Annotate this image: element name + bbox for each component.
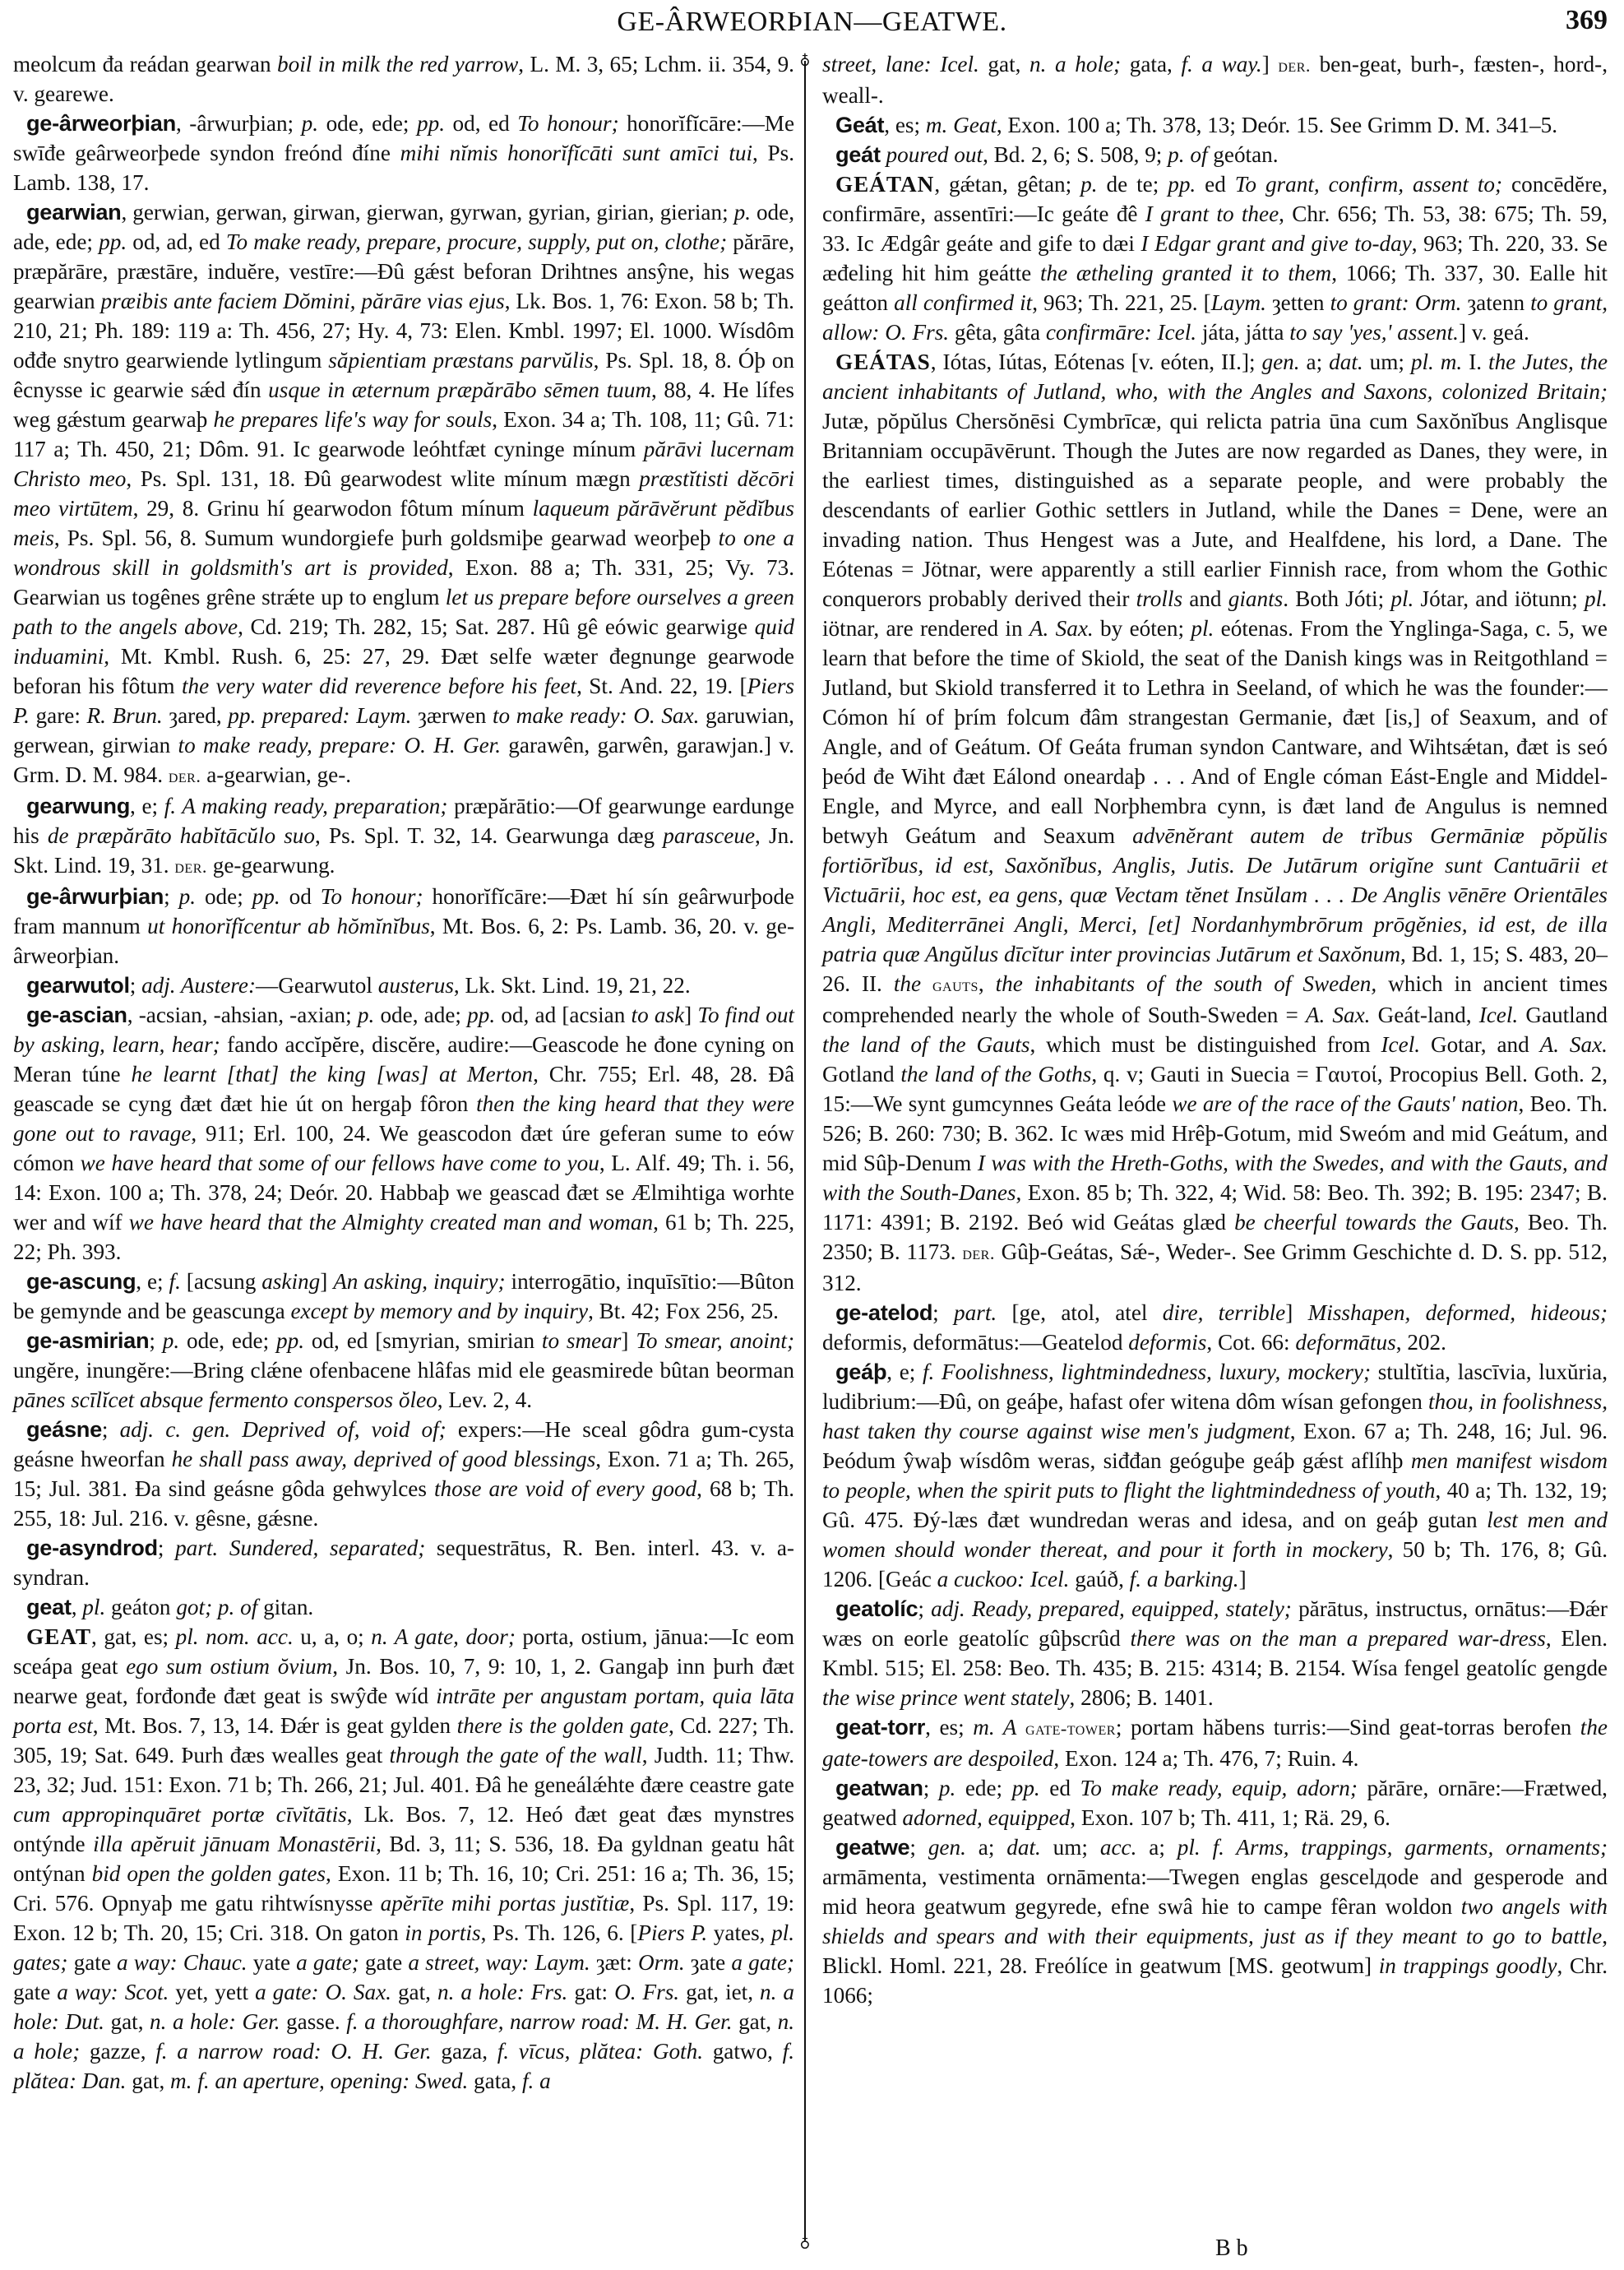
- italic-gloss: pānes scīlĭcet absque fermento consperso…: [13, 1387, 437, 1412]
- dictionary-entry: Geát, es; m. Geat, Exon. 100 a; Th. 378,…: [822, 110, 1608, 140]
- dictionary-entry: geát poured out, Bd. 2, 6; S. 508, 9; p.…: [822, 140, 1608, 169]
- italic-gloss: bid open the golden gates: [92, 1861, 326, 1886]
- italic-gloss: p.: [1080, 172, 1097, 197]
- small-caps-label: der.: [169, 766, 201, 786]
- italic-gloss: ego sum ostium ŏvium: [126, 1654, 332, 1679]
- italic-gloss: to grant: Orm.: [1330, 290, 1462, 315]
- page-header: GE-ÂRWEORÞIAN—GEATWE. 369: [0, 0, 1624, 46]
- entry-text: a;: [1300, 350, 1330, 374]
- entry-text: [881, 142, 886, 167]
- entry-text: od, ed [smyrian, smirian: [304, 1328, 542, 1353]
- italic-gloss: p. of: [1168, 142, 1207, 167]
- dictionary-entry: gearwian, gerwian, gerwan, girwan, gierw…: [13, 197, 794, 791]
- headword: geat-torr: [835, 1714, 925, 1740]
- italic-gloss: a gate;: [296, 1950, 359, 1975]
- entry-text: , es;: [884, 113, 926, 137]
- italic-gloss: the ætheling granted it to them: [1040, 261, 1331, 285]
- headword: geatwan: [835, 1775, 923, 1800]
- italic-gloss: To make ready, equip, adorn;: [1080, 1776, 1358, 1800]
- entry-text: a;: [1136, 1835, 1177, 1860]
- entry-text: , which must be distinguished from: [1029, 1032, 1381, 1057]
- entry-text: ode;: [196, 884, 252, 909]
- italic-gloss: Icel.: [1479, 1003, 1519, 1027]
- italic-gloss: there is the golden gate: [457, 1713, 669, 1738]
- italic-gloss: dire, terrible: [1163, 1300, 1285, 1325]
- italic-gloss: n. a hole;: [1029, 52, 1121, 76]
- entry-text: gat,: [391, 1980, 437, 2004]
- entry-text: , -acsian, -ahsian, -axian;: [127, 1003, 358, 1027]
- headword: ge-asyndrod: [26, 1535, 158, 1560]
- italic-gloss: f. a narrow road: O. H. Ger.: [155, 2039, 432, 2064]
- italic-gloss: To smear, anoint;: [636, 1328, 794, 1353]
- entry-text: ]: [1285, 1300, 1307, 1325]
- entry-text: ode, ede;: [179, 1328, 276, 1353]
- entry-text: , e;: [130, 794, 164, 818]
- entry-text: , Ps. Th. 126, 6. [: [481, 1920, 638, 1945]
- entry-text: ; portam hăbens turris:—Sind geat-torras…: [1116, 1715, 1580, 1740]
- italic-gloss: Misshapen, deformed, hideous;: [1308, 1300, 1608, 1325]
- italic-gloss: he prepares life's way for souls: [214, 407, 493, 432]
- italic-gloss: dat.: [1329, 350, 1363, 374]
- entry-text: ,: [979, 971, 996, 996]
- small-caps-label: der.: [174, 856, 207, 877]
- entry-text: ;: [918, 1596, 931, 1621]
- entry-text: gat, iet,: [679, 1980, 760, 2004]
- italic-gloss: To honour;: [321, 884, 423, 909]
- entry-text: játa, játta: [1196, 320, 1289, 345]
- entry-text: ungĕre, inungĕre:—Bring clǽne ofenbacene…: [13, 1358, 794, 1383]
- italic-gloss: n. a hole: Ger.: [150, 2009, 280, 2034]
- entry-text: gate: [67, 1950, 117, 1975]
- italic-gloss: asking: [261, 1269, 320, 1294]
- headword: geatwe: [835, 1834, 909, 1860]
- entry-text: Jutæ, pŏpŭlus Chersŏnēsi Cymbrīcæ, qui r…: [822, 409, 1608, 611]
- left-column: meolcum đa reádan gearwan boil in milk t…: [13, 49, 794, 2096]
- headword: gearwutol: [26, 972, 130, 998]
- italic-gloss: pp. prepared: Laym.: [228, 703, 411, 728]
- italic-gloss: mihi nĭmis honorĭfĭcāti sunt amīci tui: [400, 141, 752, 165]
- italic-gloss: except by memory and by inquiry: [290, 1299, 588, 1323]
- italic-gloss: deformis: [1128, 1330, 1206, 1355]
- entry-text: ge-gearwung.: [207, 853, 335, 878]
- dictionary-entry: ge-ascian, -acsian, -ahsian, -axian; p. …: [13, 1000, 794, 1267]
- entry-text: ;: [102, 1417, 120, 1442]
- italic-gloss: n. A gate, door;: [371, 1624, 516, 1649]
- italic-gloss: austerus: [378, 973, 454, 998]
- italic-gloss: pl. nom. acc.: [176, 1624, 294, 1649]
- italic-gloss: the very water did reverence before his …: [182, 674, 576, 698]
- italic-gloss: the: [894, 971, 932, 996]
- entry-text: [ge, atol, atel: [997, 1300, 1163, 1325]
- italic-gloss: pl. f. Arms, trappings, garments, orname…: [1178, 1835, 1608, 1860]
- entry-text: gat,: [126, 2068, 170, 2093]
- entry-text: Gotland: [822, 1062, 900, 1086]
- entry-text: , Lev. 2, 4.: [437, 1387, 532, 1412]
- entry-text: geótan.: [1208, 142, 1279, 167]
- italic-gloss: those are void of every good: [434, 1476, 696, 1501]
- italic-gloss: he learnt [that] the king [was] at Merto…: [131, 1062, 533, 1086]
- headword: geásne: [26, 1416, 102, 1442]
- entry-text: , es;: [925, 1715, 973, 1740]
- entry-text: ,: [72, 1595, 83, 1619]
- italic-gloss: to smear: [542, 1328, 621, 1353]
- italic-gloss: the land of the Gauts: [822, 1032, 1029, 1057]
- italic-gloss: I grant to thee: [1145, 202, 1279, 226]
- dictionary-entry: ge-asyndrod; part. Sundered, separated; …: [13, 1533, 794, 1592]
- entry-text: gazze,: [80, 2039, 155, 2064]
- italic-gloss: boil in milk the red yarrow: [277, 52, 518, 76]
- entry-text: ]: [1239, 1567, 1247, 1591]
- entry-text: od: [280, 884, 321, 909]
- entry-text: gate: [359, 1950, 409, 1975]
- entry-text: um;: [1041, 1835, 1100, 1860]
- entry-text: deformis, deformātus:—Geatelod: [822, 1330, 1128, 1355]
- entry-text: , gerwian, gerwan, girwan, gierwan, gyrw…: [121, 200, 733, 225]
- entry-text: iötnar, are rendered in: [822, 616, 1029, 641]
- italic-gloss: m. f. an aperture, opening: Swed.: [170, 2068, 468, 2093]
- italic-gloss: a way: Scot.: [57, 1980, 169, 2004]
- italic-gloss: To make ready, prepare, procure, supply,…: [226, 229, 727, 254]
- entry-text: gate: [13, 1980, 57, 2004]
- entry-text: od, ad [acsian: [495, 1003, 631, 1027]
- headword: geatolíc: [835, 1596, 918, 1621]
- italic-gloss: we have heard that the Almighty created …: [129, 1210, 653, 1235]
- entry-text: Jótar, and iötunn;: [1413, 586, 1585, 611]
- dictionary-entry: gearwutol; adj. Austere:—Gearwutol auste…: [13, 971, 794, 1000]
- entry-text: , gǽtan, gêtan;: [934, 172, 1080, 197]
- entry-text: od, ad, ed: [127, 229, 226, 254]
- entry-text: gaza,: [432, 2039, 497, 2064]
- entry-text: od, ed: [445, 111, 517, 136]
- entry-text: de te;: [1098, 172, 1168, 197]
- italic-gloss: p.: [302, 111, 318, 136]
- entry-text: ]: [320, 1269, 333, 1294]
- dictionary-entry: GEÁTAS, Iótas, Iútas, Eótenas [v. eóten,…: [822, 347, 1608, 1298]
- headword: ge-ârweorþian: [26, 110, 176, 136]
- entry-text: gaúð,: [1069, 1567, 1129, 1591]
- italic-gloss: we are of the race of the Gauts' nation: [1172, 1091, 1518, 1116]
- entry-text: ] v. geá.: [1459, 320, 1529, 345]
- italic-gloss: f. a way.: [1181, 52, 1261, 76]
- signature-mark: B b: [1215, 2235, 1248, 2262]
- italic-gloss: An asking, inquiry;: [333, 1269, 505, 1294]
- italic-gloss: through the gate of the wall: [389, 1743, 641, 1767]
- italic-gloss: To honour;: [517, 111, 618, 136]
- entry-text: ed: [1040, 1776, 1080, 1800]
- italic-gloss: adj. c. gen. Deprived of, void of;: [120, 1417, 446, 1442]
- headword: geát: [835, 141, 881, 167]
- italic-gloss: acc.: [1100, 1835, 1137, 1860]
- italic-gloss: a street, way: Laym.: [408, 1950, 590, 1975]
- dictionary-entry: geásne; adj. c. gen. Deprived of, void o…: [13, 1415, 794, 1533]
- entry-text: [1016, 1715, 1025, 1740]
- headword: ge-ascian: [26, 1002, 127, 1027]
- entry-text: Gotar, and: [1420, 1032, 1540, 1057]
- dictionary-entry: meolcum đa reádan gearwan boil in milk t…: [13, 49, 794, 109]
- right-column: street, lane: Icel. gat, n. a hole; gata…: [822, 49, 1608, 2010]
- italic-gloss: O. Frs.: [614, 1980, 679, 2004]
- italic-gloss: Piers P.: [637, 1920, 707, 1945]
- entry-text: ode, ede;: [318, 111, 417, 136]
- italic-gloss: p.: [358, 1003, 374, 1027]
- dictionary-entry: geáþ, e; f. Foolishness, lightmindedness…: [822, 1357, 1608, 1594]
- entry-text: a-gearwian, ge-.: [201, 762, 351, 787]
- entry-text: , Cd. 219; Th. 282, 15; Sat. 287. Hû gê …: [238, 614, 755, 639]
- entry-text: ;: [164, 884, 179, 909]
- entry-text: , Bd. 2, 6; S. 508, 9;: [983, 142, 1168, 167]
- italic-gloss: m. Geat: [926, 113, 997, 137]
- italic-gloss: he shall pass away, deprived of good ble…: [172, 1447, 596, 1471]
- dictionary-entry: geatwan; p. ede; pp. ed To make ready, e…: [822, 1773, 1608, 1832]
- italic-gloss: adj. Ready, prepared, equipped, stately;: [931, 1596, 1292, 1621]
- italic-gloss: pp.: [467, 1003, 495, 1027]
- italic-gloss: we have heard that some of our fellows h…: [81, 1151, 599, 1175]
- headword: ge-asmirian: [26, 1327, 149, 1353]
- entry-text: and: [1182, 586, 1228, 611]
- dictionary-entry: geatwe; gen. a; dat. um; acc. a; pl. f. …: [822, 1832, 1608, 2010]
- italic-gloss: adorned, equipped: [902, 1805, 1070, 1830]
- entry-text: ;: [149, 1328, 162, 1353]
- italic-gloss: f. a thoroughfare, narrow road: M. H. Ge…: [346, 2009, 732, 2034]
- entry-text: ;: [923, 1776, 939, 1800]
- italic-gloss: confirmāre: Icel.: [1046, 320, 1196, 345]
- italic-gloss: p.: [163, 1328, 179, 1353]
- italic-gloss: the land of the Goths: [900, 1062, 1091, 1086]
- entry-text: ȝatenn: [1461, 290, 1530, 315]
- entry-text: , Exon. 100 a; Th. 378, 13; Deór. 15. Se…: [997, 113, 1557, 137]
- italic-gloss: pl.: [1585, 586, 1608, 611]
- italic-gloss: to make ready: O. Sax.: [493, 703, 699, 728]
- headword: gearwung: [26, 793, 130, 818]
- entry-text: . Both Jóti;: [1283, 586, 1390, 611]
- italic-gloss: ut honorĭfĭcentur ab hŏmĭnĭbus: [147, 914, 430, 938]
- entry-text: ]: [684, 1003, 697, 1027]
- dictionary-entry: geatolíc; adj. Ready, prepared, equipped…: [822, 1594, 1608, 1712]
- entry-text: gata,: [1121, 52, 1181, 76]
- italic-gloss: a gate: O. Sax.: [255, 1980, 391, 2004]
- italic-gloss: f. A making ready, preparation;: [164, 794, 448, 818]
- italic-gloss: dat.: [1006, 1835, 1041, 1860]
- italic-gloss: Icel.: [1381, 1032, 1421, 1057]
- entry-text: gat,: [104, 2009, 150, 2034]
- entry-text: geáton: [105, 1595, 176, 1619]
- entry-text: gat,: [979, 52, 1029, 76]
- entry-text: , 2806; B. 1401.: [1070, 1685, 1214, 1710]
- entry-text: , Ps. Spl. T. 32, 14. Gearwunga dæg: [315, 823, 663, 848]
- italic-gloss: Orm.: [638, 1950, 685, 1975]
- dictionary-entry: ge-ârweorþian, -ârwurþian; p. ode, ede; …: [13, 109, 794, 197]
- italic-gloss: deformātus: [1295, 1330, 1395, 1355]
- entry-text: yate: [248, 1950, 297, 1975]
- entry-text: , Lk. Skt. Lind. 19, 21, 22.: [454, 973, 691, 998]
- headword: ge-ascung: [26, 1268, 136, 1294]
- italic-gloss: in portis: [405, 1920, 480, 1945]
- italic-gloss: Laym.: [1211, 290, 1266, 315]
- entry-text: ]: [1262, 52, 1279, 76]
- entry-text: gata,: [468, 2068, 522, 2093]
- italic-gloss: the wise prince went stately: [822, 1685, 1070, 1710]
- italic-gloss: a way: Chauc.: [117, 1950, 248, 1975]
- italic-gloss: parasceue: [663, 823, 755, 848]
- italic-gloss: to make ready, prepare: O. H. Ger.: [178, 733, 502, 757]
- italic-gloss: p.: [939, 1776, 955, 1800]
- italic-gloss: pl. m.: [1411, 350, 1462, 374]
- small-caps-label: gauts: [932, 975, 979, 995]
- entry-text: Gautland: [1518, 1003, 1608, 1027]
- italic-gloss: de præpărāto habĭtācŭlo suo: [48, 823, 315, 848]
- italic-gloss: pp.: [99, 229, 127, 254]
- divider-ornament-bottom: ♁: [798, 2234, 812, 2250]
- italic-gloss: m. A: [973, 1715, 1016, 1740]
- entry-text: [acsung: [181, 1269, 261, 1294]
- italic-gloss: n. a hole: Frs.: [437, 1980, 567, 2004]
- italic-gloss: f. Foolishness, lightmindedness, luxury,…: [923, 1360, 1371, 1384]
- italic-gloss: part.: [954, 1300, 997, 1325]
- italic-gloss: p.: [179, 884, 196, 909]
- italic-gloss: apĕrīte mihi portas justĭtiæ: [381, 1891, 630, 1916]
- italic-gloss: A. Sax.: [1540, 1032, 1608, 1057]
- entry-text: , Mt. Bos. 7, 13, 14. Đǽr is geat gylden: [93, 1713, 457, 1738]
- italic-gloss: poured out: [886, 142, 983, 167]
- entry-text: , Ps. Spl. 131, 18. Đû gearwodest wlite …: [126, 466, 639, 491]
- small-caps-label: der.: [962, 1243, 995, 1263]
- dictionary-entry: gearwung, e; f. A making ready, preparat…: [13, 791, 794, 882]
- headword: Geát: [835, 112, 884, 137]
- italic-gloss: pl.: [1390, 586, 1413, 611]
- headword: geáþ: [835, 1359, 886, 1384]
- entry-text: ode, ade;: [374, 1003, 467, 1027]
- italic-gloss: præibis ante faciem Dŏmini, părāre vias …: [101, 289, 505, 313]
- entry-text: u, a, o;: [294, 1624, 372, 1649]
- page-number: 369: [1566, 5, 1608, 36]
- entry-text: gat:: [567, 1980, 614, 2004]
- italic-gloss: the inhabitants of the south of Sweden,: [996, 971, 1377, 996]
- italic-gloss: a gate;: [731, 1950, 794, 1975]
- italic-gloss: gen.: [1262, 350, 1300, 374]
- entry-text: gasse.: [280, 2009, 347, 2034]
- entry-text: ȝetten: [1266, 290, 1330, 315]
- headword: geat: [26, 1594, 72, 1619]
- entry-text: , 29, 8. Grinu hí gearwodon fôtum mínum: [133, 496, 533, 521]
- entry-text: a;: [966, 1835, 1006, 1860]
- headword: GEAT: [26, 1624, 91, 1649]
- italic-gloss: p.: [734, 200, 751, 225]
- italic-gloss: be cheerful towards the Gauts: [1234, 1210, 1514, 1235]
- entry-text: , e;: [886, 1360, 923, 1384]
- headword: gearwian: [26, 199, 121, 225]
- entry-text: ;: [130, 973, 141, 998]
- entry-text: um;: [1363, 350, 1411, 374]
- dictionary-entry: street, lane: Icel. gat, n. a hole; gata…: [822, 49, 1608, 110]
- italic-gloss: f.: [169, 1269, 181, 1294]
- entry-text: by eóten;: [1094, 616, 1191, 641]
- entry-text: , Exon. 107 b; Th. 411, 1; Rä. 29, 6.: [1070, 1805, 1390, 1830]
- headword: GEÁTAS: [835, 350, 931, 374]
- entry-text: , Cot. 66:: [1206, 1330, 1295, 1355]
- entry-text: I.: [1462, 350, 1488, 374]
- small-caps-label: gate-tower: [1025, 1718, 1116, 1739]
- italic-gloss: to say 'yes,' assent.: [1289, 320, 1459, 345]
- italic-gloss: got; p. of: [176, 1595, 257, 1619]
- dictionary-entry: GEÁTAN, gǽtan, gêtan; p. de te; pp. ed T…: [822, 169, 1608, 347]
- italic-gloss: f. a barking.: [1130, 1567, 1239, 1591]
- italic-gloss: pp.: [276, 1328, 304, 1353]
- entry-text: gare:: [30, 703, 87, 728]
- italic-gloss: A. Sax.: [1029, 616, 1094, 641]
- entry-text: ȝared,: [163, 703, 229, 728]
- italic-gloss: giants: [1228, 586, 1283, 611]
- italic-gloss: pp.: [1168, 172, 1196, 197]
- headword: GEÁTAN: [835, 172, 934, 197]
- dictionary-entry: ge-asmirian; p. ode, ede; pp. od, ed [sm…: [13, 1326, 794, 1415]
- entry-text: ;: [909, 1835, 928, 1860]
- italic-gloss: there was on the man a prepared war-dres…: [1131, 1626, 1546, 1651]
- entry-text: , gat, es;: [91, 1624, 176, 1649]
- italic-gloss: pp.: [1012, 1776, 1040, 1800]
- entry-text: gatwo,: [703, 2039, 783, 2064]
- italic-gloss: pl.: [1191, 616, 1214, 641]
- entry-text: , -ârwurþian;: [176, 111, 302, 136]
- italic-gloss: pl.: [82, 1595, 105, 1619]
- running-title: GE-ÂRWEORÞIAN—GEATWE.: [0, 7, 1624, 38]
- italic-gloss: pp.: [417, 111, 445, 136]
- italic-gloss: adj. Austere:: [141, 973, 256, 998]
- dictionary-entry: geat, pl. geáton got; p. of gitan.: [13, 1592, 794, 1622]
- italic-gloss: all confirmed it: [894, 290, 1032, 315]
- italic-gloss: A. Sax.: [1306, 1003, 1371, 1027]
- italic-gloss: gen.: [928, 1835, 966, 1860]
- entry-text: ]: [621, 1328, 636, 1353]
- dictionary-entry: ge-atelod; part. [ge, atol, atel dire, t…: [822, 1298, 1608, 1357]
- italic-gloss: I Edgar grant and give to-day: [1141, 231, 1411, 256]
- small-caps-label: der.: [1278, 55, 1311, 76]
- entry-text: , 202.: [1396, 1330, 1446, 1355]
- italic-gloss: pp.: [252, 884, 280, 909]
- dictionary-entry: geat-torr, es; m. A gate-tower; portam h…: [822, 1712, 1608, 1773]
- entry-text: gêta, gâta: [949, 320, 1046, 345]
- headword: ge-ârwurþian: [26, 883, 164, 909]
- entry-text: ȝate: [685, 1950, 732, 1975]
- divider-ornament-top: ♁: [798, 51, 812, 67]
- dictionary-entry: ge-ârwurþian; p. ode; pp. od To honour; …: [13, 882, 794, 971]
- entry-text: ȝæt:: [590, 1950, 638, 1975]
- dictionary-entry: ge-ascung, e; f. [acsung asking] An aski…: [13, 1267, 794, 1326]
- italic-gloss: R. Brun.: [87, 703, 163, 728]
- italic-gloss: To grant, confirm, assent to;: [1235, 172, 1502, 197]
- italic-gloss: illa apĕruit jānuam Monastērii: [93, 1832, 376, 1856]
- entry-text: ed: [1196, 172, 1235, 197]
- entry-text: , Iótas, Iútas, Eótenas [v. eóten, II.];: [931, 350, 1262, 374]
- dictionary-entry: GEAT, gat, es; pl. nom. acc. u, a, o; n.…: [13, 1622, 794, 2096]
- italic-gloss: street, lane: Icel.: [822, 52, 979, 76]
- italic-gloss: trolls: [1136, 586, 1182, 611]
- entry-text: —Gearwutol: [256, 973, 378, 998]
- entry-text: gitan.: [257, 1595, 313, 1619]
- italic-gloss: to ask: [632, 1003, 685, 1027]
- entry-text: , e;: [136, 1269, 169, 1294]
- italic-gloss: f. a: [522, 2068, 551, 2093]
- entry-text: meolcum đa reádan gearwan: [13, 52, 277, 76]
- entry-text: , St. And. 22, 19. [: [576, 674, 747, 698]
- entry-text: ede;: [955, 1776, 1011, 1800]
- entry-text: Geát-land,: [1370, 1003, 1478, 1027]
- italic-gloss: cum appropinquāret portæ cīvĭtātis: [13, 1802, 347, 1827]
- column-divider: [804, 61, 806, 2240]
- entry-text: gat,: [733, 2009, 778, 2034]
- entry-text: yet, yett: [169, 1980, 255, 2004]
- entry-text: ȝærwen: [411, 703, 492, 728]
- italic-gloss: f. vīcus, plătea: Goth.: [497, 2039, 703, 2064]
